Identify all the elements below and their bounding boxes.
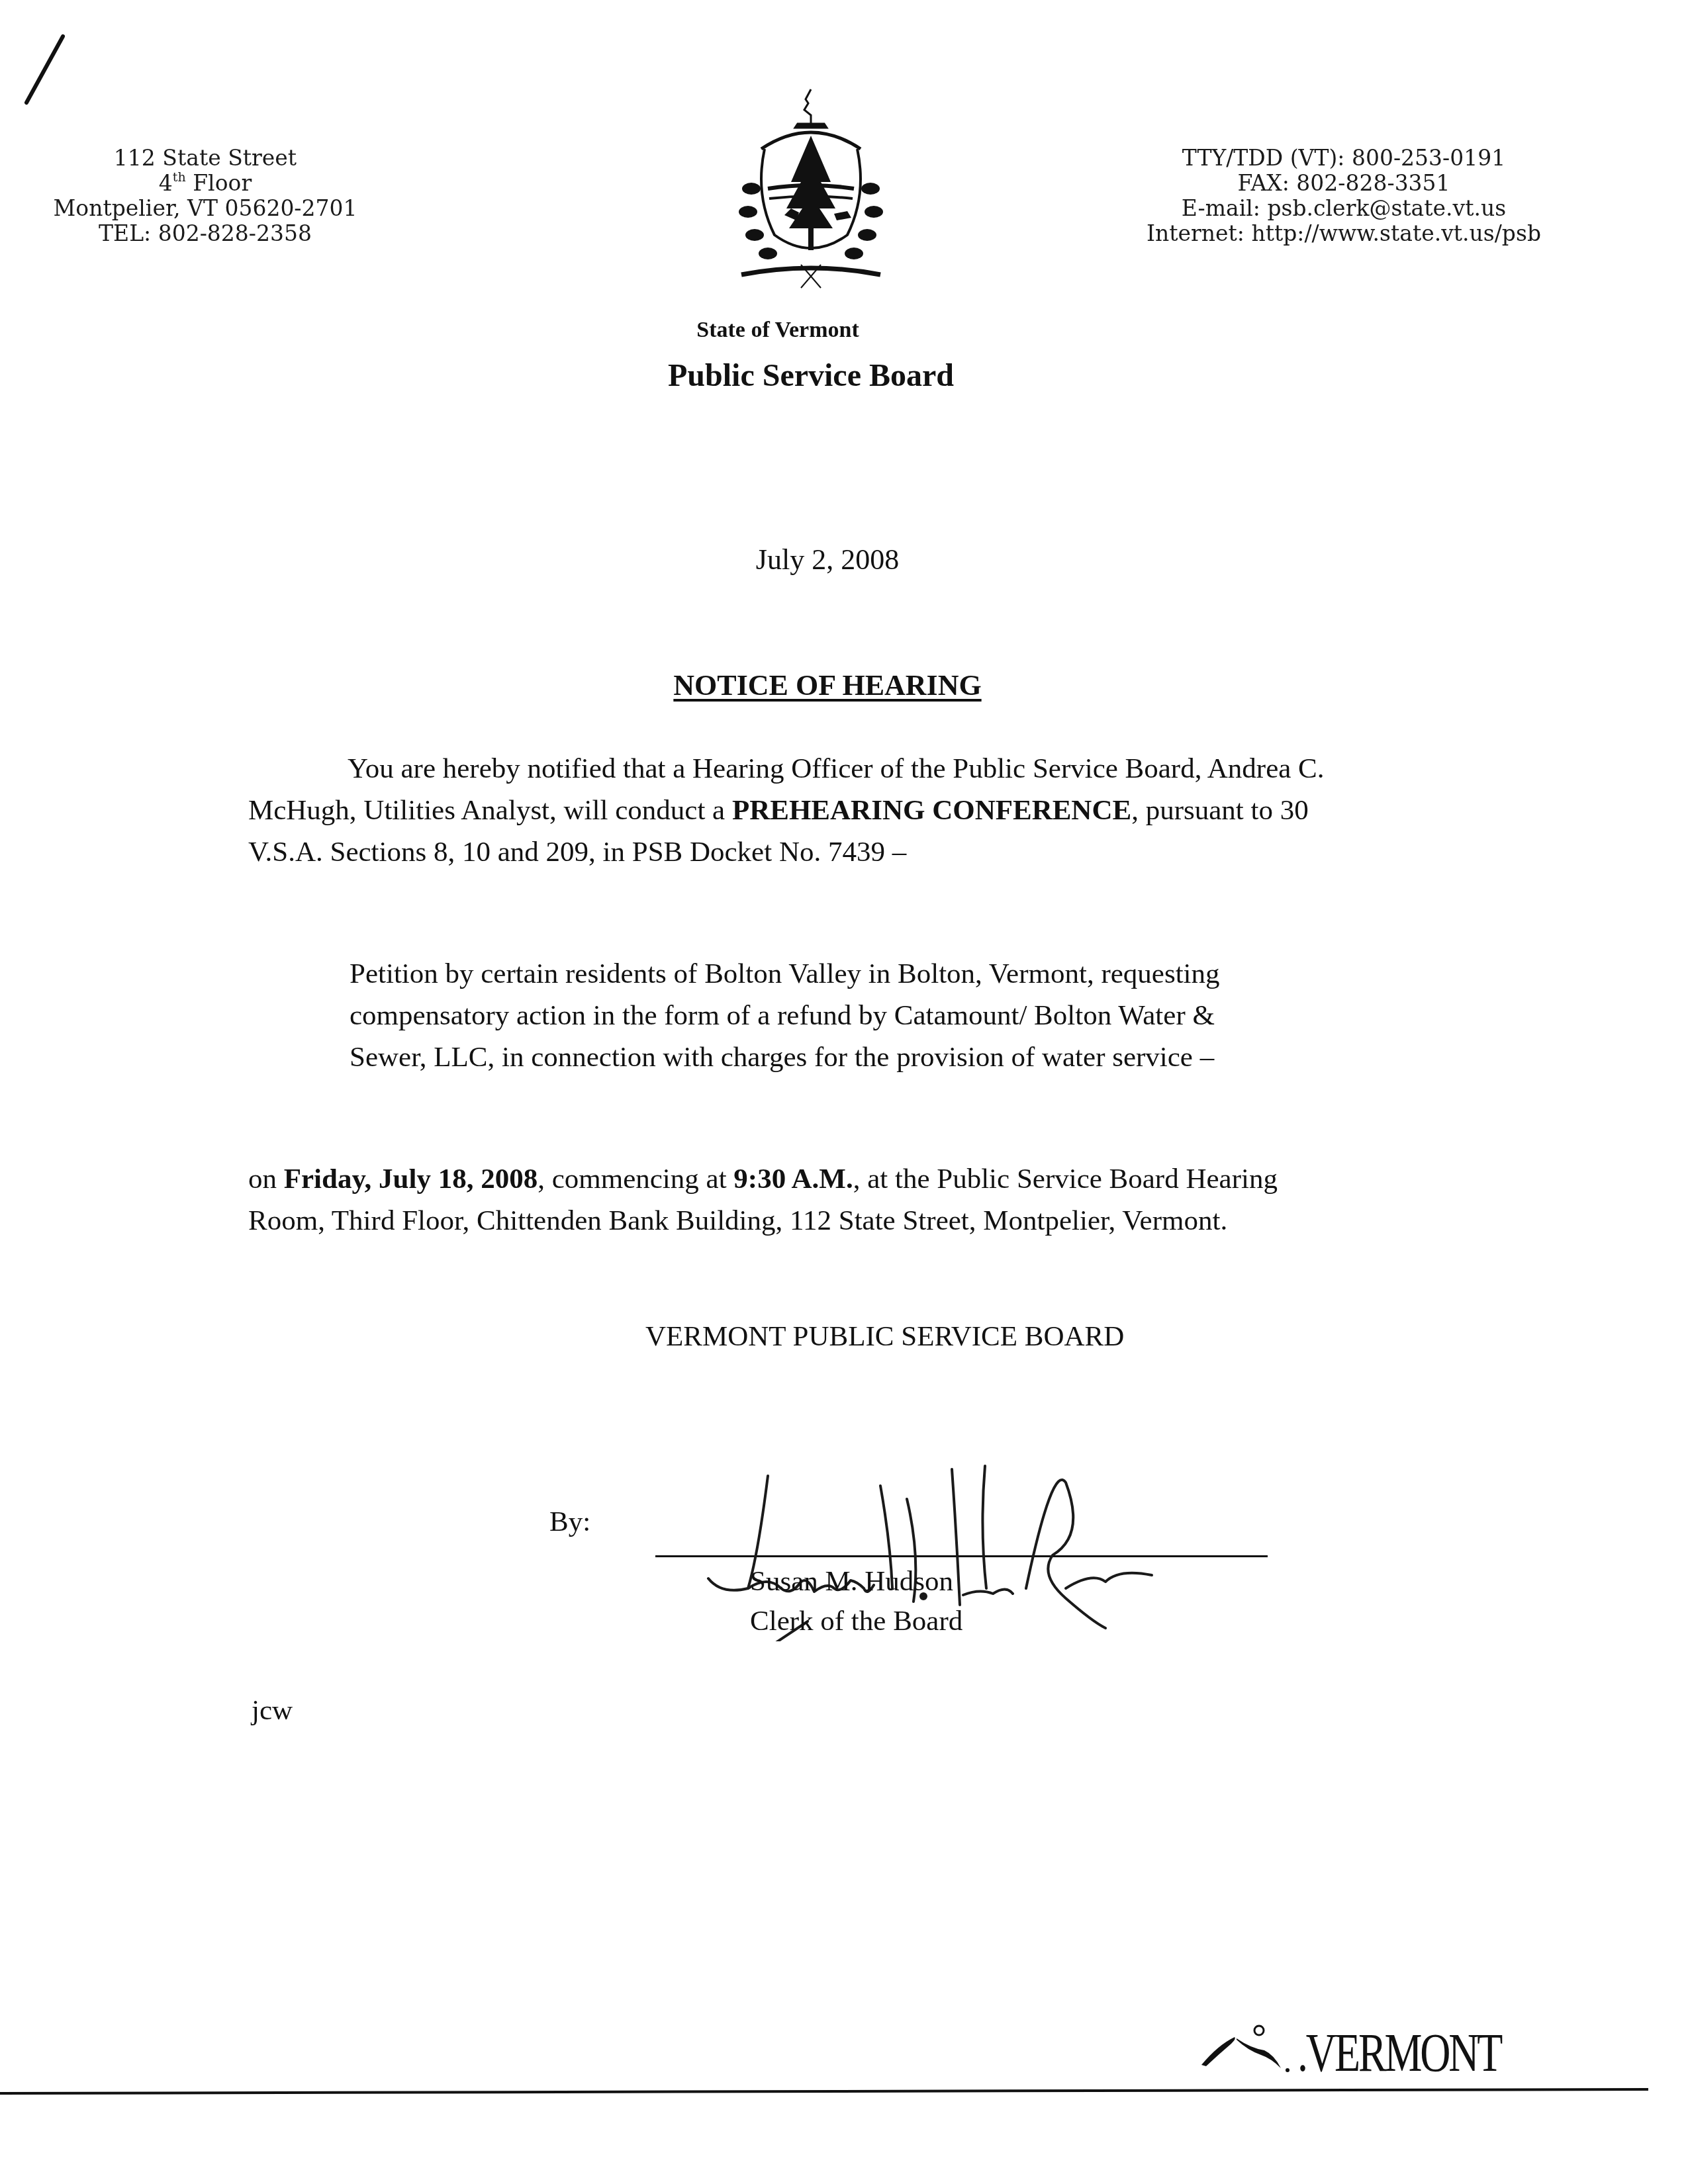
footer-rule bbox=[0, 2055, 1655, 2128]
document-title: NOTICE OF HEARING bbox=[463, 668, 1192, 702]
conference-type: PREHEARING CONFERENCE bbox=[732, 795, 1131, 826]
document-date: July 2, 2008 bbox=[662, 543, 993, 576]
typist-initials: jcw bbox=[252, 1694, 293, 1727]
contact-website[interactable]: Internet: http://www.state.vt.us/psb bbox=[1086, 221, 1602, 246]
address-city: Montpelier, VT 05620-2701 bbox=[46, 196, 364, 221]
contact-tty: TTY/TDD (VT): 800-253-0191 bbox=[1086, 146, 1602, 171]
closing-org: VERMONT PUBLIC SERVICE BOARD bbox=[645, 1320, 1307, 1353]
state-label: State of Vermont bbox=[596, 318, 960, 343]
hearing-details-paragraph: on Friday, July 18, 2008, commencing at … bbox=[248, 1158, 1340, 1242]
contact-fax: FAX: 802-828-3351 bbox=[1086, 171, 1602, 196]
address-floor: 4th Floor bbox=[46, 171, 364, 196]
hearing-time: 9:30 A.M. bbox=[733, 1163, 853, 1195]
petition-description: Petition by certain residents of Bolton … bbox=[350, 953, 1243, 1078]
address-phone: TEL: 802-828-2358 bbox=[46, 221, 364, 246]
hearing-date: Friday, July 18, 2008 bbox=[284, 1163, 538, 1195]
address-street: 112 State Street bbox=[46, 146, 364, 171]
signer-title: Clerk of the Board bbox=[750, 1605, 962, 1637]
by-label: By: bbox=[549, 1506, 590, 1538]
board-label: Public Service Board bbox=[530, 357, 1092, 394]
vermont-state-seal-icon bbox=[728, 83, 894, 295]
letterhead-contact: TTY/TDD (VT): 800-253-0191 FAX: 802-828-… bbox=[1086, 146, 1602, 246]
letterhead-address: 112 State Street 4th Floor Montpelier, V… bbox=[46, 146, 364, 246]
signer-name: Susan M. Hudson bbox=[750, 1565, 953, 1598]
notice-paragraph: You are hereby notified that a Hearing O… bbox=[248, 748, 1340, 873]
stray-pen-mark bbox=[20, 33, 66, 106]
contact-email[interactable]: E-mail: psb.clerk@state.vt.us bbox=[1086, 196, 1602, 221]
